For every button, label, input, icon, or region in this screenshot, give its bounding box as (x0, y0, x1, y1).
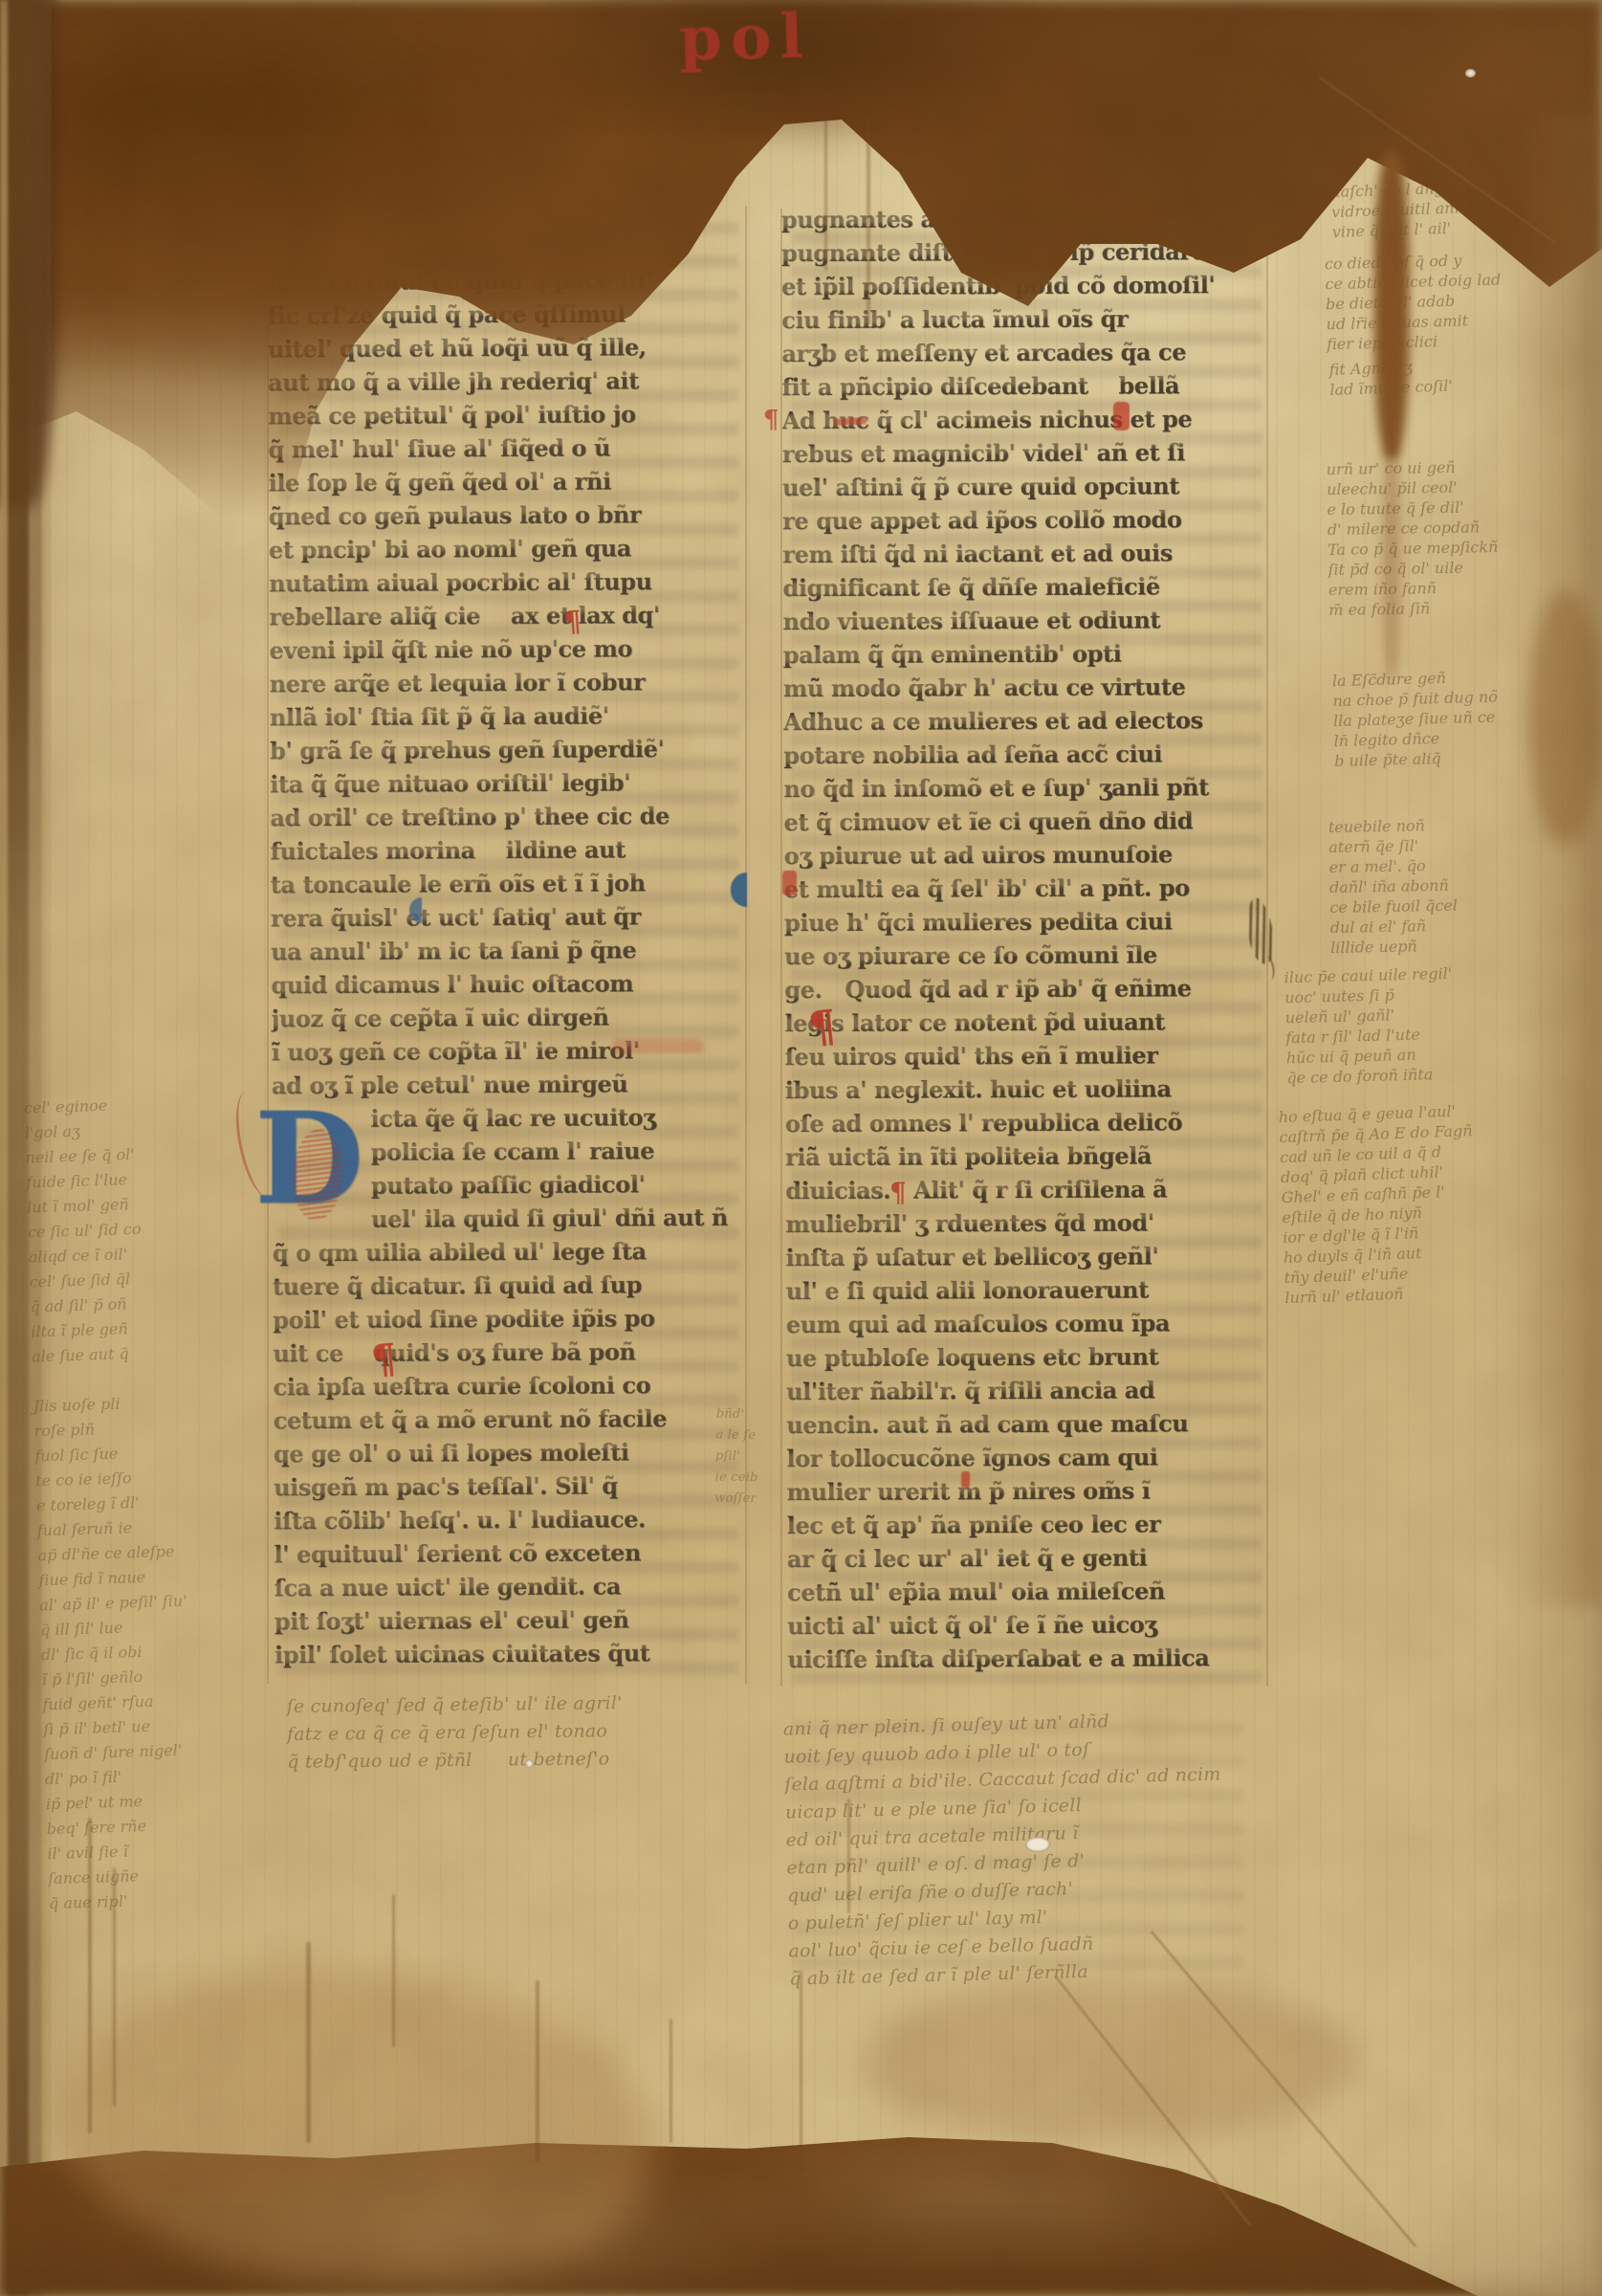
edge-vignette (0, 0, 1602, 2296)
manuscript-page: et q̃ noiam exoſe q̃ ſuit le dñ gent' oĩ… (0, 0, 1602, 2296)
